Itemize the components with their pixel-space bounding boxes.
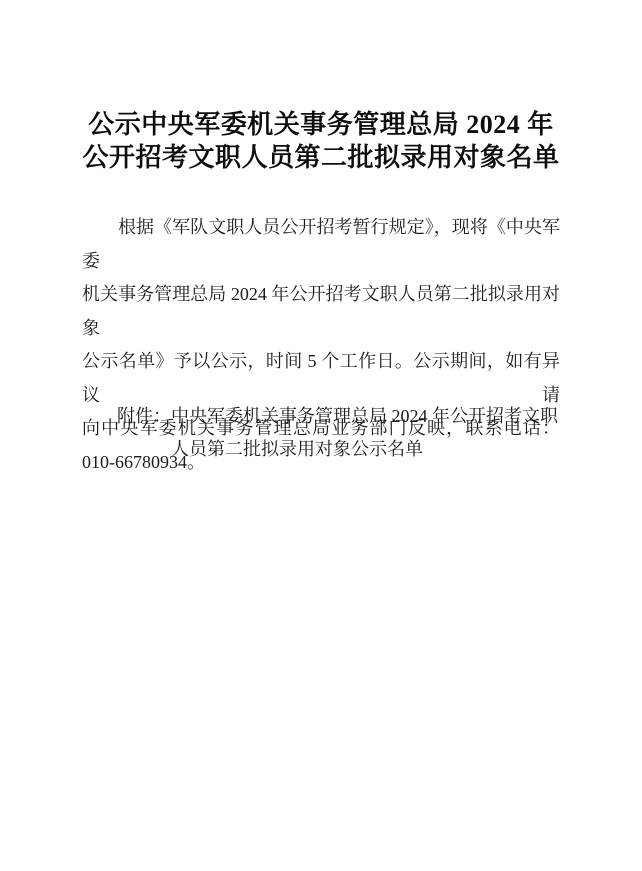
attachment-line-2: 人员第二批拟录用对象公示名单 <box>171 433 577 466</box>
document-page: 公示中央军委机关事务管理总局 2024 年 公开招考文职人员第二批拟录用对象名单… <box>0 0 642 871</box>
title-line-1: 公示中央军委机关事务管理总局 2024 年 <box>0 108 642 141</box>
body-line-1: 根据《军队文职人员公开招考暂行规定》，现将《中央军委 <box>82 211 560 278</box>
attachment-label: 附件： <box>117 400 171 433</box>
attachment-note: 附件： 中央军委机关事务管理总局 2024 年公开招考文职 人员第二批拟录用对象… <box>117 400 577 466</box>
attachment-content: 中央军委机关事务管理总局 2024 年公开招考文职 人员第二批拟录用对象公示名单 <box>171 400 577 466</box>
attachment-line-1: 中央军委机关事务管理总局 2024 年公开招考文职 <box>171 400 577 433</box>
body-line-2: 机关事务管理总局 2024 年公开招考文职人员第二批拟录用对象 <box>82 278 560 345</box>
document-title: 公示中央军委机关事务管理总局 2024 年 公开招考文职人员第二批拟录用对象名单 <box>0 108 642 174</box>
title-line-2: 公开招考文职人员第二批拟录用对象名单 <box>0 141 642 174</box>
